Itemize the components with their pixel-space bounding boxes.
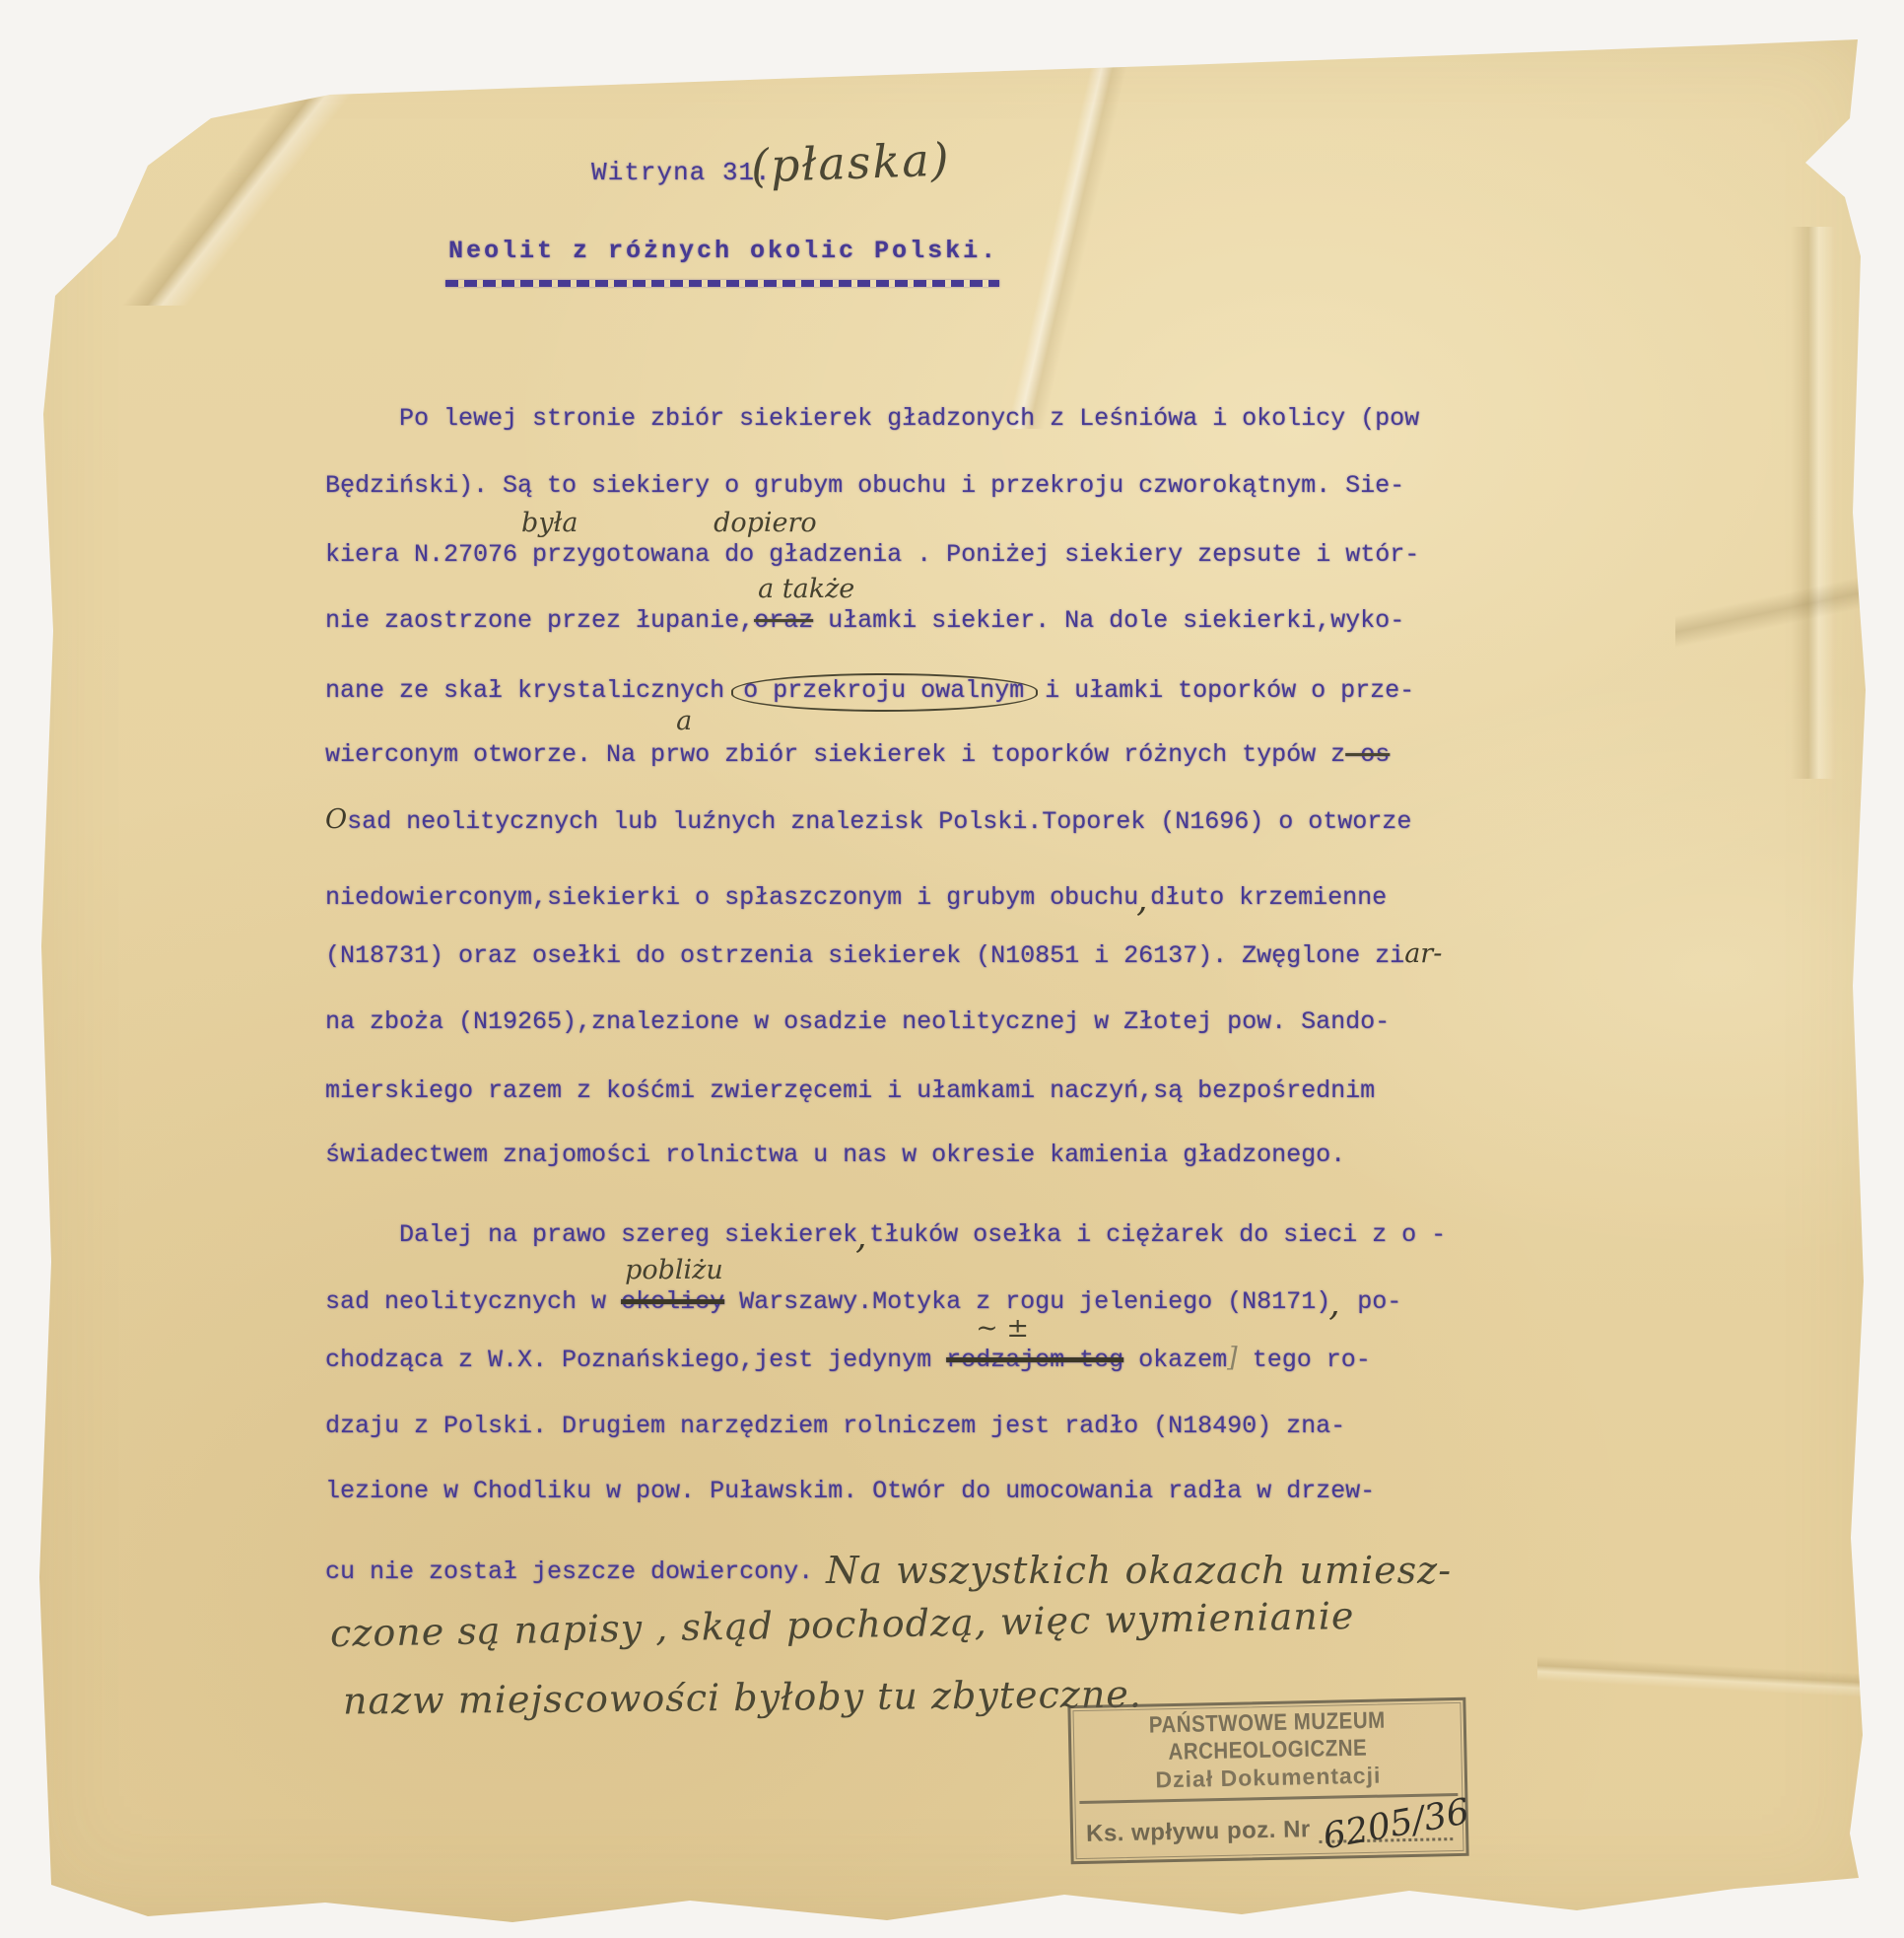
typed-line: mierskiego razem z kośćmi zwierzęcemi i … (325, 1076, 1375, 1105)
typed-text: Dalej na prawo szereg siekierek (399, 1220, 857, 1249)
typed-text: Po lewej stronie zbiór siekierek gładzon… (399, 404, 1419, 433)
page-number: 63. (720, 55, 773, 85)
typed-dash-underline (445, 280, 999, 287)
typed-text: i ułamki toporków o prze- (1030, 676, 1414, 705)
typed-text: wierconym otworze. Na pr (325, 740, 680, 769)
handwritten-accession-number: 6205/36 (1320, 1791, 1471, 1857)
typed-text: dzaju z Polski. Drugiem narzędziem rolni… (325, 1412, 1345, 1440)
typed-line: Po lewej stronie zbiór siekierek gładzon… (399, 404, 1419, 433)
typed-text: tłuków osełka i ciężarek do sieci z o - (869, 1220, 1446, 1249)
typed-line: cu nie został jeszcze dowiercony. Na wsz… (325, 1544, 1452, 1587)
typed-text: po- (1342, 1287, 1401, 1316)
stamp-dotted-line: 6205/36 (1318, 1804, 1453, 1843)
bottom-right-crease (1537, 1644, 1863, 1703)
handwritten-line: czone są napisy , skąd pochodzą, więc wy… (330, 1594, 1355, 1655)
typed-line: dzaju z Polski. Drugiem narzędziem rolni… (325, 1412, 1345, 1440)
typed-text: okazem (1123, 1346, 1227, 1374)
typed-line: chodząca z W.X. Poznańskiego,jest jedyny… (325, 1343, 1371, 1374)
handwritten-comma: , (855, 1216, 867, 1257)
typed-line: sad neolitycznych w pobliżuokolicy Warsz… (325, 1277, 1401, 1317)
handwritten-letter-o: O (325, 804, 347, 835)
typed-line: nane ze skał krystalicznych o przekroju … (325, 676, 1414, 705)
typed-line: niedowierconym,siekierki o spłaszczonym … (325, 872, 1387, 913)
typed-text: ułamki siekier. Na dole siekierki,wyko- (813, 606, 1404, 635)
typed-line: na zboża (N19265),znalezione w osadzie n… (325, 1007, 1390, 1036)
pen-circled-phrase: o przekroju owalnym (731, 673, 1038, 712)
stamp-registry-label: Ks. wpływu poz. Nr (1086, 1816, 1311, 1848)
handwritten-line: nazw miejscowości byłoby tu zbyteczne. (343, 1672, 1142, 1722)
typed-text: na zboża (N19265),znalezione w osadzie n… (325, 1007, 1390, 1036)
typed-text: świadectwem znajomości rolnictwa u nas w… (325, 1141, 1345, 1169)
typed-text: kiera N.27076 (325, 540, 517, 569)
typed-line: Będziński). Są to siekiery o grubym obuc… (325, 471, 1404, 500)
handwritten-sentence-start: Na wszystkich okazach umiesz- (813, 1549, 1452, 1592)
typed-text: wo zbiór siekierek i toporków różnych ty… (680, 740, 1345, 769)
typed-line: wierconym otworze. Na prawo zbiór siekie… (325, 737, 1390, 769)
handwritten-suffix-ar: ar- (1404, 938, 1442, 969)
struck-words: rodzajem teg (946, 1346, 1123, 1374)
typed-line: Dalej na prawo szereg siekierek,tłuków o… (399, 1210, 1446, 1250)
typed-text: do gładzenia . Poniżej siekiery zepsute … (710, 540, 1419, 569)
typed-text: chodząca z W.X. Poznańskiego,jest jedyny… (325, 1346, 946, 1374)
stamp-registry-row: Ks. wpływu poz. Nr 6205/36 (1079, 1793, 1459, 1858)
typed-line: świadectwem znajomości rolnictwa u nas w… (325, 1141, 1345, 1169)
right-tear-crease (1675, 552, 1872, 670)
struck-word: oraz (754, 606, 813, 635)
typed-line: (N18731) oraz osełki do ostrzenia siekie… (325, 938, 1442, 970)
typed-line: kiera N.27076była przygotowanadopiero do… (325, 537, 1419, 569)
typed-text: lezione w Chodliku w pow. Puławskim. Otw… (325, 1477, 1375, 1505)
typed-text: sad neolitycznych w (325, 1287, 621, 1316)
corner-fold-crease (69, 89, 404, 306)
section-heading: Neolit z różnych okolic Polski. (448, 237, 998, 265)
typed-text: Warszawy.Motyka z rogu jeleniego (N8171) (724, 1287, 1330, 1316)
handwritten-comma: , (1328, 1283, 1340, 1324)
typed-text: nane ze skał krystalicznych (325, 676, 739, 705)
struck-word: okolicy (621, 1287, 724, 1316)
stamp-inner-border: PAŃSTWOWE MUZEUM ARCHEOLOGICZNE Dział Do… (1072, 1702, 1463, 1859)
aged-paper-sheet: 63. Witryna 31. (płaska) Neolit z różnyc… (0, 0, 1904, 1938)
document-title: Witryna 31. (591, 158, 772, 187)
pencil-bracket: ] (1227, 1343, 1238, 1373)
typed-text: dłuto krzemienne (1150, 883, 1387, 912)
typed-text: niedowierconym,siekierki o spłaszczonym … (325, 883, 1138, 912)
typed-text: przygotowana (517, 540, 710, 569)
right-edge-crease (1764, 227, 1853, 779)
scanned-document-page: { "header": { "page_number": "63.", "tit… (0, 0, 1904, 1938)
typed-line: lezione w Chodliku w pow. Puławskim. Otw… (325, 1477, 1375, 1505)
typed-text: nie zaostrzone przez łupanie, (325, 606, 754, 635)
typed-text: cu nie został jeszcze dowiercony. (325, 1557, 813, 1586)
typed-text: (N18731) oraz osełki do ostrzenia siekie… (325, 941, 1404, 970)
typed-text: mierskiego razem z kośćmi zwierzęcemi i … (325, 1076, 1375, 1105)
typed-text: tego ro- (1238, 1346, 1371, 1374)
handwritten-comma: , (1136, 879, 1148, 920)
typed-text: Będziński). Są to siekiery o grubym obuc… (325, 471, 1404, 500)
typed-line: Osad neolitycznych lub luźnych znalezisk… (325, 804, 1411, 836)
typed-text: sad neolitycznych lub luźnych znalezisk … (347, 807, 1411, 836)
museum-accession-stamp: PAŃSTWOWE MUZEUM ARCHEOLOGICZNE Dział Do… (1067, 1697, 1468, 1864)
struck-word: os (1345, 740, 1390, 769)
handwritten-title-annotation: (płaska) (750, 132, 951, 192)
typed-line: nie zaostrzone przez łupanie,a takżeoraz… (325, 603, 1404, 635)
